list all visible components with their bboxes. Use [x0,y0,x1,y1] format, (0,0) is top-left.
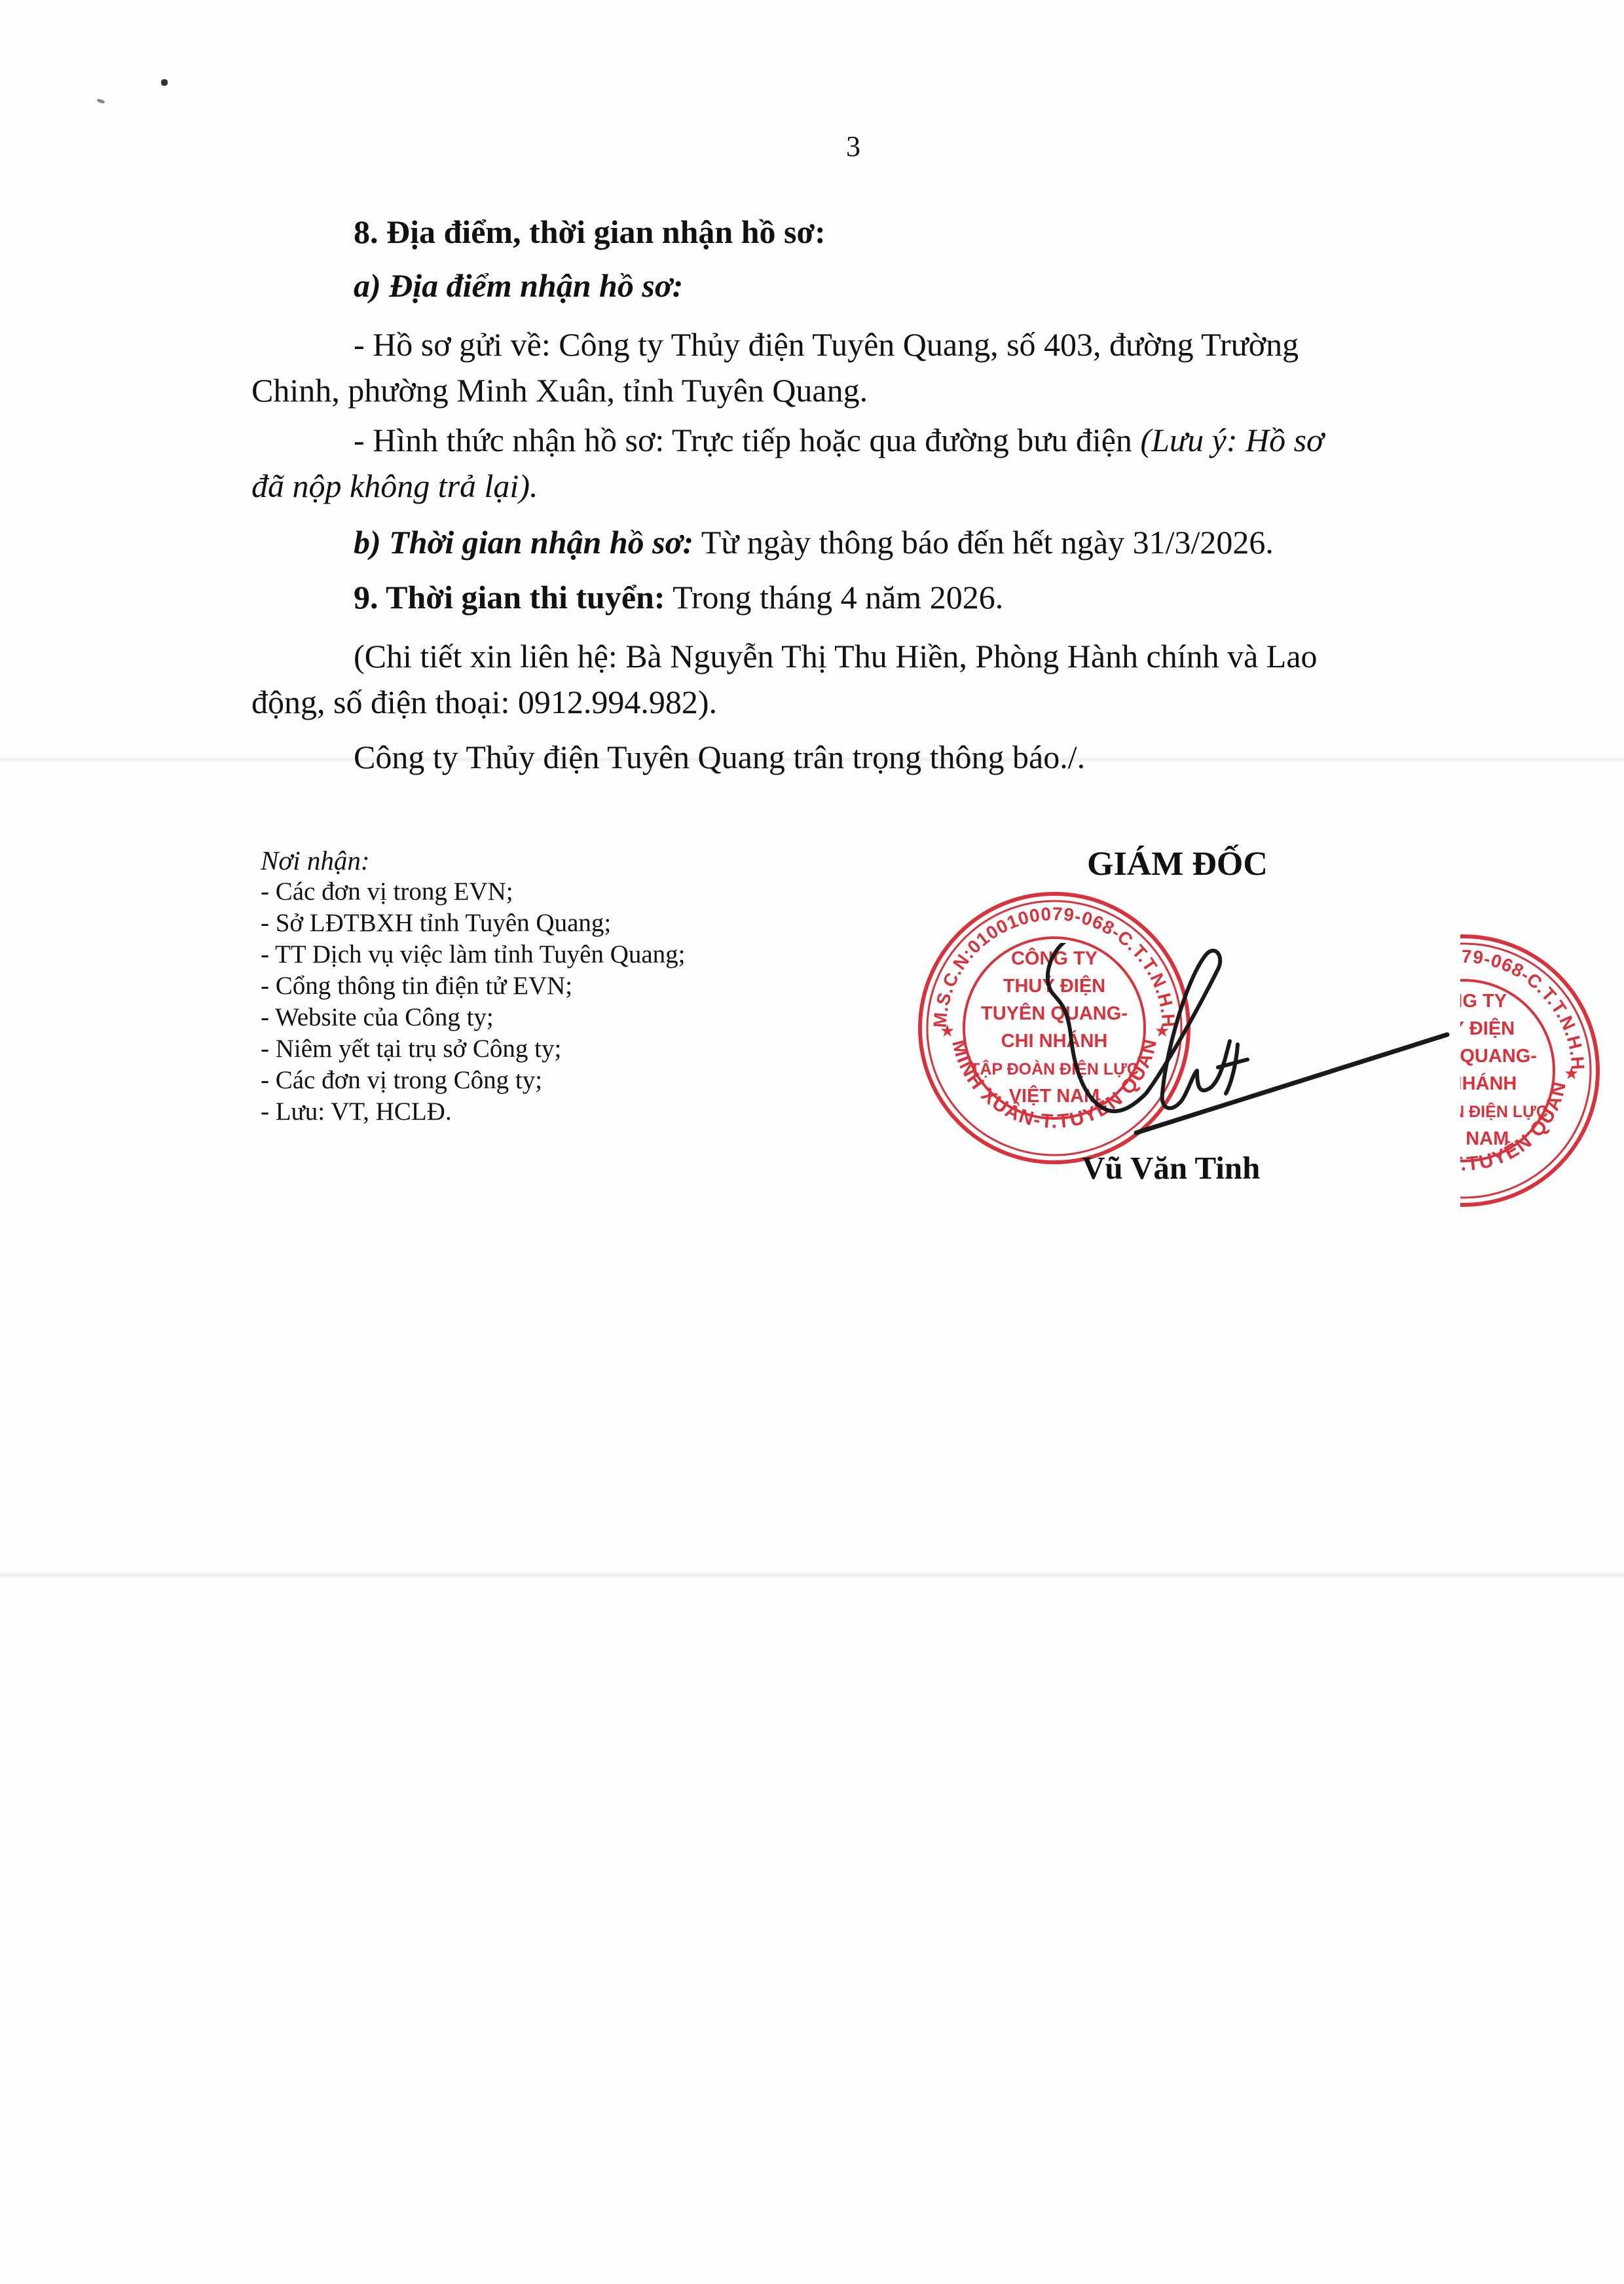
page-number: 3 [0,130,1624,163]
recipient-item: - Các đơn vị trong EVN; [261,876,686,908]
section-9-heading: 9. Thời gian thi tuyển: [354,579,665,616]
star-icon: ★ [1564,1064,1579,1084]
address-line-1: - Hồ sơ gửi về: Công ty Thủy điện Tuyên … [354,321,1447,368]
document-page: 3 8. Địa điểm, thời gian nhận hồ sơ: a) … [0,0,1624,2284]
closing-line: Công ty Thủy điện Tuyên Quang trân trọng… [354,733,1085,781]
seal-icon: M.S.C.N:0100100079-068-C.T.T.N.H.H P.MIN… [1460,930,1604,1211]
submission-note-line-2: đã nộp không trả lại). [251,462,538,509]
section-9-line: 9. Thời gian thi tuyển: Trong tháng 4 nă… [354,574,1003,621]
recipient-item: - Sở LĐTBXH tỉnh Tuyên Quang; [261,908,686,939]
scan-speck [97,98,105,104]
star-icon: ★ [940,1022,955,1041]
section-8b-text: Từ ngày thông báo đến hết ngày 31/3/2026… [693,524,1274,561]
signature-icon [1022,943,1480,1166]
contact-line-2: động, số điện thoại: 0912.994.982). [251,678,717,726]
submission-method-text: - Hình thức nhận hồ sơ: Trực tiếp hoặc q… [354,422,1140,458]
address-line-2: Chinh, phường Minh Xuân, tỉnh Tuyên Quan… [251,367,868,414]
recipient-item: - Cổng thông tin điện tử EVN; [261,970,686,1002]
scan-speck [161,79,168,86]
recipient-item: - Website của Công ty; [261,1002,686,1033]
recipients-title: Nơi nhận: [261,845,686,876]
section-8b-line: b) Thời gian nhận hồ sơ: Từ ngày thông b… [354,519,1274,566]
recipient-item: - TT Dịch vụ việc làm tỉnh Tuyên Quang; [261,939,686,970]
section-8a-heading: a) Địa điểm nhận hồ sơ: [354,262,683,309]
signer-position: GIÁM ĐỐC [1087,845,1268,883]
submission-method-line-1: - Hình thức nhận hồ sơ: Trực tiếp hoặc q… [354,416,1324,464]
submission-note-italic: (Lưu ý: Hồ sơ [1140,422,1323,458]
contact-line-1: (Chi tiết xin liên hệ: Bà Nguyễn Thị Thu… [354,633,1318,680]
recipient-item: - Lưu: VT, HCLĐ. [261,1096,686,1128]
recipient-item: - Các đơn vị trong Công ty; [261,1065,686,1096]
section-9-text: Trong tháng 4 năm 2026. [665,579,1004,616]
handwritten-signature [1022,943,1480,1169]
recipient-item: - Niêm yết tại trụ sở Công ty; [261,1033,686,1065]
section-8-heading: 8. Địa điểm, thời gian nhận hồ sơ: [354,208,826,255]
company-seal-partial: M.S.C.N:0100100079-068-C.T.T.N.H.H P.MIN… [1460,930,1604,1211]
section-8b-heading: b) Thời gian nhận hồ sơ: [354,524,693,561]
signer-name: Vũ Văn Tinh [1082,1149,1260,1187]
recipients-block: Nơi nhận: - Các đơn vị trong EVN; - Sở L… [261,845,686,1128]
scan-artifact-line [0,1572,1624,1578]
